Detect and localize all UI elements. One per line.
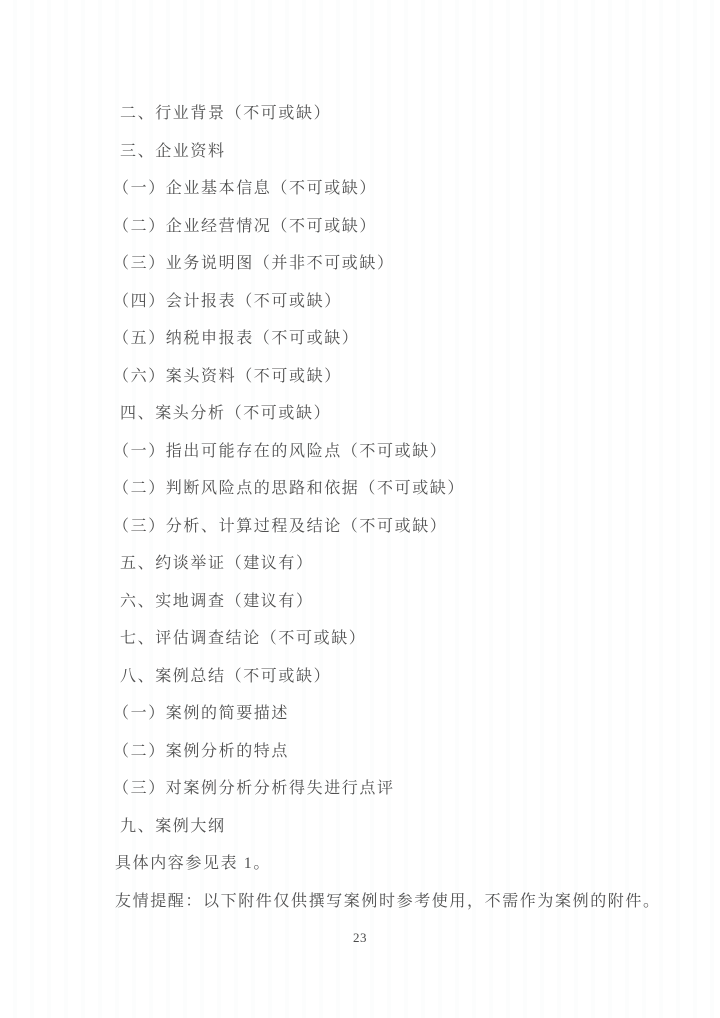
outline-item-5: 五、约谈举证（建议有）	[0, 543, 720, 581]
outline-item-3: 三、企业资料	[0, 131, 720, 169]
outline-item-8-2: （二）案例分析的特点	[0, 731, 720, 769]
outline-item-8-1: （一）案例的简要描述	[0, 693, 720, 731]
outline-item-3-1: （一）企业基本信息（不可或缺）	[0, 168, 720, 206]
outline-item-2: 二、行业背景（不可或缺）	[0, 93, 720, 131]
outline-item-3-4: （四）会计报表（不可或缺）	[0, 281, 720, 319]
outline-item-9: 九、案例大纲	[0, 806, 720, 844]
outline-item-4-1: （一）指出可能存在的风险点（不可或缺）	[0, 431, 720, 469]
outline-item-8-3: （三）对案例分析分析得失进行点评	[0, 768, 720, 806]
outline-item-3-6: （六）案头资料（不可或缺）	[0, 356, 720, 394]
page-number: 23	[0, 930, 720, 946]
outline-item-3-5: （五）纳税申报表（不可或缺）	[0, 318, 720, 356]
document-body: 二、行业背景（不可或缺） 三、企业资料 （一）企业基本信息（不可或缺） （二）企…	[0, 93, 720, 918]
body-paragraph-note: 具体内容参见表 1。	[0, 843, 720, 881]
outline-item-3-3: （三）业务说明图（并非不可或缺）	[0, 243, 720, 281]
outline-item-8: 八、案例总结（不可或缺）	[0, 656, 720, 694]
document-page: 二、行业背景（不可或缺） 三、企业资料 （一）企业基本信息（不可或缺） （二）企…	[0, 0, 720, 1018]
outline-item-3-2: （二）企业经营情况（不可或缺）	[0, 206, 720, 244]
outline-item-6: 六、实地调查（建议有）	[0, 581, 720, 619]
outline-item-7: 七、评估调查结论（不可或缺）	[0, 618, 720, 656]
outline-item-4-2: （二）判断风险点的思路和依据（不可或缺）	[0, 468, 720, 506]
outline-item-4: 四、案头分析（不可或缺）	[0, 393, 720, 431]
outline-item-4-3: （三）分析、计算过程及结论（不可或缺）	[0, 506, 720, 544]
body-paragraph-reminder: 友情提醒：以下附件仅供撰写案例时参考使用，不需作为案例的附件。	[0, 881, 720, 919]
